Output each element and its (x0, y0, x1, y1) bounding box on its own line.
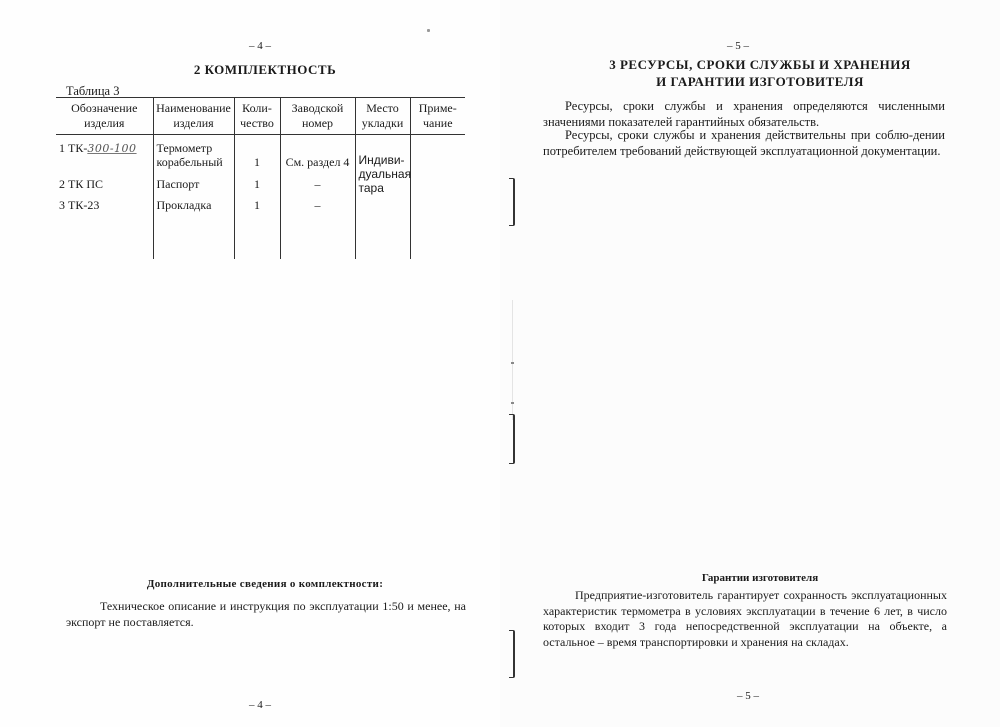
row-number: 1 (59, 141, 65, 155)
title-line-2: И ГАРАНТИИ ИЗГОТОВИТЕЛЯ (560, 73, 960, 90)
table-row: 1 ТК-300-100 Термометр корабельный 1 См.… (56, 135, 465, 173)
staple-mark (509, 414, 515, 464)
fold-tick (511, 362, 514, 364)
designation: ТК ПС (68, 177, 103, 191)
item-quantity: 1 (234, 135, 280, 173)
section-title-right: 3 РЕСУРСЫ, СРОКИ СЛУЖБЫ И ХРАНЕНИЯ И ГАР… (560, 56, 960, 90)
page-number-bottom: – 4 – (230, 699, 290, 711)
table-header-row: Обозначение изделия Наименование изделия… (56, 98, 465, 135)
item-quantity: 1 (234, 173, 280, 195)
additional-info-heading: Дополнительные сведения о комплектности: (60, 578, 470, 590)
guarantee-text: Предприятие-изготовитель гарантирует сох… (543, 588, 947, 650)
designation-prefix: ТК- (68, 141, 87, 155)
item-name: Термометр корабельный (153, 135, 234, 173)
resources-paragraph-1: Ресурсы, сроки службы и хранения определ… (543, 98, 945, 130)
row-number: 3 (59, 198, 65, 212)
item-quantity: 1 (234, 195, 280, 217)
title-line-1: 3 РЕСУРСЫ, СРОКИ СЛУЖБЫ И ХРАНЕНИЯ (560, 56, 960, 73)
left-page: – 4 – 2 КОМПЛЕКТНОСТЬ Таблица 3 Обозначе… (0, 0, 500, 727)
fold-tick (511, 402, 514, 404)
page-number-top: – 4 – (230, 40, 290, 52)
header-serial: Заводской номер (280, 98, 355, 135)
guarantee-heading: Гарантии изготовителя (560, 572, 960, 584)
header-name: Наименование изделия (153, 98, 234, 135)
staple-mark (509, 630, 515, 678)
completeness-table: Обозначение изделия Наименование изделия… (56, 97, 465, 259)
section-title: 2 КОМПЛЕКТНОСТЬ (60, 62, 470, 78)
resources-paragraph-2: Ресурсы, сроки службы и хранения действи… (543, 127, 945, 159)
item-serial: – (280, 195, 355, 217)
item-name: Прокладка (153, 195, 234, 217)
header-quantity: Коли- чество (234, 98, 280, 135)
header-note: Приме- чание (410, 98, 465, 135)
page-number-bottom-right: – 5 – (718, 690, 778, 702)
page-number-top-right: – 5 – (708, 40, 768, 52)
item-placement: Индиви- дуальная тара (355, 135, 410, 217)
header-designation: Обозначение изделия (56, 98, 153, 135)
handwritten-model: 300-100 (87, 142, 136, 155)
item-note (410, 135, 465, 259)
table-row-empty (56, 217, 465, 259)
additional-info-text: Техническое описание и инструкция по экс… (66, 598, 466, 630)
designation: ТК-23 (68, 198, 99, 212)
item-name: Паспорт (153, 173, 234, 195)
scan-speck (427, 29, 430, 32)
header-placement: Место укладки (355, 98, 410, 135)
row-number: 2 (59, 177, 65, 191)
item-serial: – (280, 173, 355, 195)
staple-mark (509, 178, 515, 226)
item-serial: См. раздел 4 (280, 135, 355, 173)
